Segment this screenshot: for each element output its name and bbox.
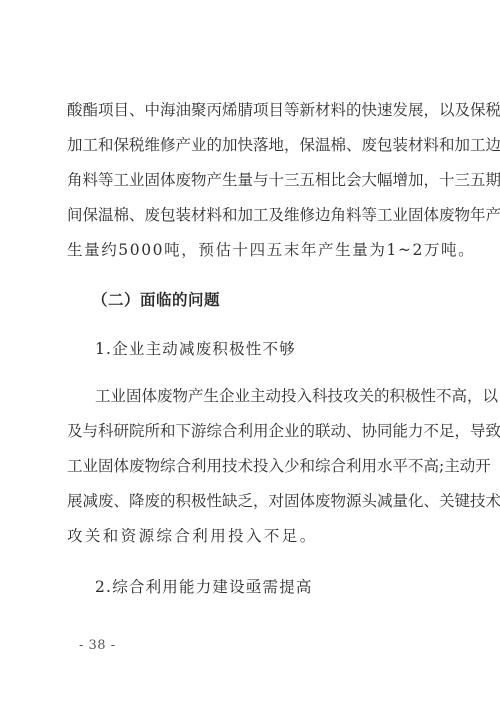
- document-page: 酸酯项目、中海油聚丙烯腈项目等新材料的快速发展，以及保税 加工和保税维修产业的加…: [0, 0, 500, 707]
- section-heading: （二）面临的问题: [92, 290, 220, 310]
- paragraph-2-line-5: 攻关和资源综合利用投入不足。: [67, 526, 439, 546]
- subheading-2: 2.综合利用能力建设亟需提高: [95, 577, 313, 597]
- paragraph-2-line-4: 展减废、降废的积极性缺乏，对固体废物源头减量化、关键技术: [67, 491, 439, 511]
- subheading-1: 1.企业主动减废积极性不够: [95, 339, 296, 359]
- paragraph-1-line-4: 间保温棉、废包装材料和加工及维修边角料等工业固体废物年产: [67, 205, 439, 225]
- paragraph-1-line-3: 角料等工业固体废物产生量与十三五相比会大幅增加，十三五期: [67, 170, 439, 190]
- paragraph-2-line-2: 及与科研院所和下游综合利用企业的联动、协同能力不足，导致: [67, 421, 439, 441]
- paragraph-2-line-1: 工业固体废物产生企业主动投入科技攻关的积极性不高，以: [95, 386, 439, 406]
- paragraph-1-line-5: 生量约5000吨，预估十四五末年产生量为1~2万吨。: [67, 240, 439, 260]
- paragraph-1-line-2: 加工和保税维修产业的加快落地，保温棉、废包装材料和加工边: [67, 135, 439, 155]
- paragraph-2-line-3: 工业固体废物综合利用技术投入少和综合利用水平不高;主动开: [67, 456, 439, 476]
- paragraph-1-line-1: 酸酯项目、中海油聚丙烯腈项目等新材料的快速发展，以及保税: [67, 100, 439, 120]
- page-number: - 38 -: [79, 638, 116, 654]
